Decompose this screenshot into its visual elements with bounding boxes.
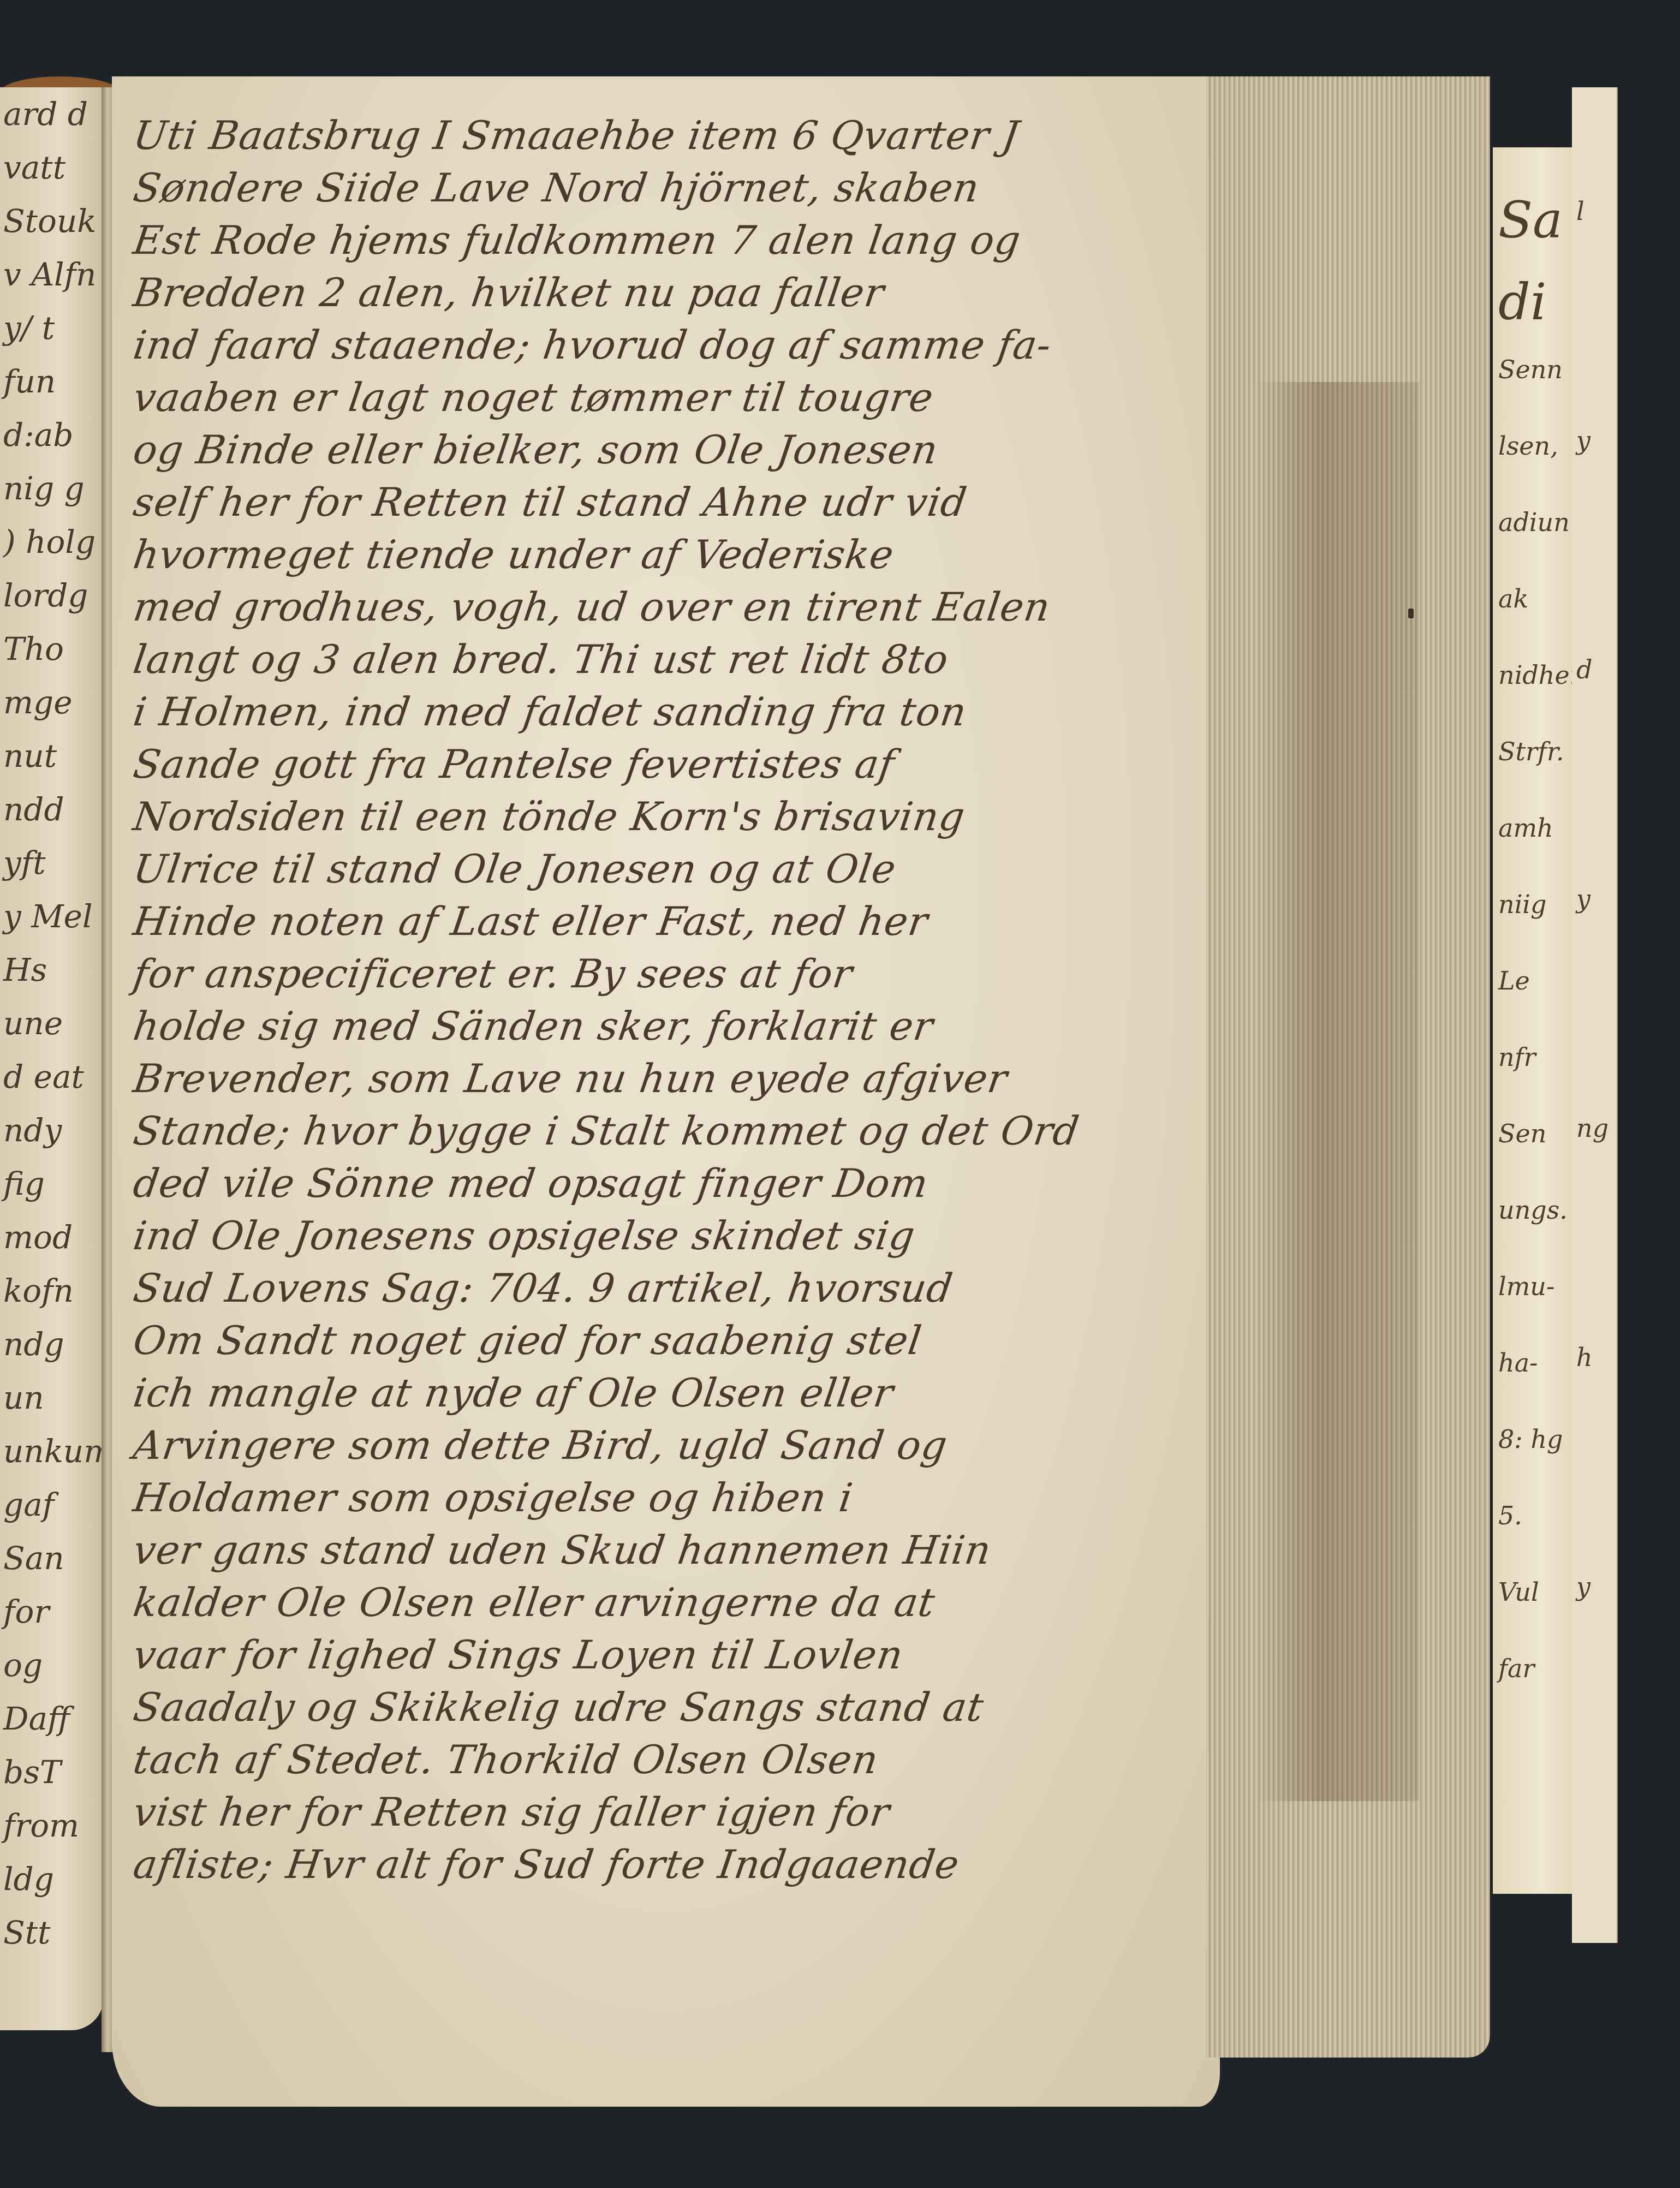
left-page-text-fragment: ) holg [0,515,104,569]
slip-text-fragment: Le [1498,966,1530,995]
handwritten-line: Bredden 2 alen, hvilket nu paa faller [130,266,1201,319]
left-page-text-fragment: y/ t [0,301,104,355]
slip-text-fragment: h [1576,1343,1593,1372]
slip-text-fragment: far [1498,1654,1534,1683]
slip-text-fragment: amh [1498,813,1553,843]
left-page-text-fragment: og [0,1638,104,1692]
left-page-text-fragment: mge [0,676,104,729]
handwritten-line: med grodhues, vogh, ud over en tirent Ea… [130,581,1201,633]
left-page-text-fragment: y Mel [0,890,104,943]
left-page-text-fragment: fig [0,1157,104,1211]
left-page-text-fragment: yft [0,836,104,890]
open-book: ard dvattStoukv Alfny/ tfund:abnig g) ho… [0,0,1680,2188]
handwritten-line: Arvingere som dette Bird, ugld Sand og [130,1419,1201,1471]
left-page-text-fragment: un [0,1371,104,1424]
left-page-text-fragment: Stt [0,1906,104,1959]
slip-text-fragment: Senn [1498,355,1563,384]
slip-text-fragment: y [1576,884,1590,914]
handwritten-line: Holdamer som opsigelse og hiben i [130,1471,1201,1524]
handwritten-line: Stande; hvor bygge i Stalt kommet og det… [130,1105,1201,1157]
slip-text-fragment: di [1498,273,1546,331]
slip-text-fragment: lmu- [1498,1272,1555,1301]
handwritten-line: ver gans stand uden Skud hannemen Hiin [130,1524,1201,1576]
handwritten-line: vaar for lighed Sings Loyen til Lovlen [130,1629,1201,1681]
handwritten-line: vist her for Retten sig faller igjen for [130,1786,1201,1838]
left-page-text-fragment: d:ab [0,408,104,462]
left-page-text-fragment: Stouk [0,194,104,248]
handwritten-line: ind faard staaende; hvorud dog af samme … [130,319,1201,371]
left-page-text-fragment: ndd [0,783,104,836]
left-page-text-fragment: ldg [0,1852,104,1906]
left-page-text-fragment: lordg [0,569,104,622]
slip-text-fragment: 8: hg [1498,1424,1563,1454]
left-page-text-fragment: for [0,1585,104,1638]
handwritten-line: Saadaly og Skikkelig udre Sangs stand at [130,1681,1201,1733]
page-edge-stain [1255,382,1419,1801]
slip-text-fragment: y [1576,1572,1590,1601]
left-page-text-fragment: gaf [0,1478,104,1531]
left-page-text-fragment: ndy [0,1104,104,1157]
handwritten-line: afliste; Hvr alt for Sud forte Indgaaend… [130,1838,1201,1891]
left-page-text-fragment: unkum [0,1424,104,1478]
handwritten-line: Sud Lovens Sag: 704. 9 artikel, hvorsud [130,1262,1201,1314]
slip-text-fragment: Vul [1498,1577,1539,1607]
slip-text-fragment: d [1576,655,1592,684]
handwritten-line: i Holmen, ind med faldet sanding fra ton [130,685,1201,738]
handwritten-line: og Binde eller bielker, som Ole Jonesen [130,424,1201,476]
left-page-text-fragment: Tho [0,622,104,676]
left-page-text-fragment: from [0,1799,104,1852]
handwritten-line: vaaben er lagt noget tømmer til tougre [130,371,1201,424]
handwritten-line: ich mangle at nyde af Ole Olsen eller [130,1367,1201,1419]
left-page-fragment: ard dvattStoukv Alfny/ tfund:abnig g) ho… [0,87,104,2030]
handwritten-line: kalder Ole Olsen eller arvingerne da at [130,1576,1201,1629]
slip-text-fragment: Sa [1498,191,1563,249]
left-page-text-fragment: bsT [0,1745,104,1799]
left-page-text-fragment: Hs [0,943,104,997]
slip-text-fragment: lsen, [1498,431,1558,461]
slip-text-fragment: ha- [1498,1348,1538,1378]
handwritten-line: ind Ole Jonesens opsigelse skindet sig [130,1209,1201,1262]
left-page-text-fragment: San [0,1531,104,1585]
slip-text-fragment: ak [1498,584,1528,613]
left-page-text-fragment: mod [0,1211,104,1264]
ink-spot [1408,609,1414,618]
handwritten-line: holde sig med Sänden sker, forklarit er [130,1000,1201,1052]
left-page-text-fragment: Daff [0,1692,104,1745]
handwritten-line: ded vile Sönne med opsagt finger Dom [130,1157,1201,1209]
manuscript-page: Uti Baatsbrug I Smaaehbe item 6 Qvarter … [112,76,1220,2107]
slip-text-fragment: adiun [1498,508,1570,537]
left-page-text-fragment: nig g [0,462,104,515]
slip-text-fragment: ungs. [1498,1195,1568,1225]
handwritten-line: Brevender, som Lave nu hun eyede afgiver [130,1052,1201,1105]
handwritten-line: Hinde noten af Last eller Fast, ned her [130,895,1201,947]
handwritten-line: Om Sandt noget gied for saabenig stel [130,1314,1201,1367]
left-page-text-fragment: fun [0,355,104,408]
left-page-text-fragment: ard d [0,87,104,141]
slip-text-fragment: y [1576,426,1590,455]
handwritten-line: langt og 3 alen bred. Thi ust ret lidt 8… [130,633,1201,685]
left-page-text-fragment: nut [0,729,104,783]
handwritten-line: Sande gott fra Pantelse fevertistes af [130,738,1201,790]
slip-text-fragment: ng [1576,1113,1608,1143]
left-page-text-fragment: v Alfn [0,248,104,301]
handwritten-line: hvormeget tiende under af Vederiske [130,528,1201,581]
left-page-text-fragment: kofn [0,1264,104,1317]
left-page-text-fragment: d eat [0,1050,104,1104]
slip-text-fragment: nfr [1498,1042,1536,1072]
handwritten-line: tach af Stedet. Thorkild Olsen Olsen [130,1733,1201,1786]
slip-text-fragment: Strfr. [1498,737,1564,766]
handwritten-line: Søndere Siide Lave Nord hjörnet, skaben [130,162,1201,214]
handwritten-line: self her for Retten til stand Ahne udr v… [130,476,1201,528]
handwritten-line: Nordsiden til een tönde Korn's brisaving [130,790,1201,843]
slip-text-fragment: Sen [1498,1119,1546,1148]
slip-text-fragment: l [1576,196,1584,226]
handwritten-line: for anspecificeret er. By sees at for [130,947,1201,1000]
handwritten-text-block: Uti Baatsbrug I Smaaehbe item 6 Qvarter … [134,109,1198,1891]
inserted-slip-back: lydynghy [1572,87,1618,1943]
handwritten-line: Uti Baatsbrug I Smaaehbe item 6 Qvarter … [130,109,1201,162]
left-page-text-fragment: ndg [0,1317,104,1371]
slip-text-fragment: niig [1498,890,1547,919]
left-page-text-fragment: vatt [0,141,104,194]
handwritten-line: Ulrice til stand Ole Jonesen og at Ole [130,843,1201,895]
handwritten-line: Est Rode hjems fuldkommen 7 alen lang og [130,214,1201,266]
slip-text-fragment: 5. [1498,1501,1522,1530]
left-page-text-fragment: une [0,997,104,1050]
